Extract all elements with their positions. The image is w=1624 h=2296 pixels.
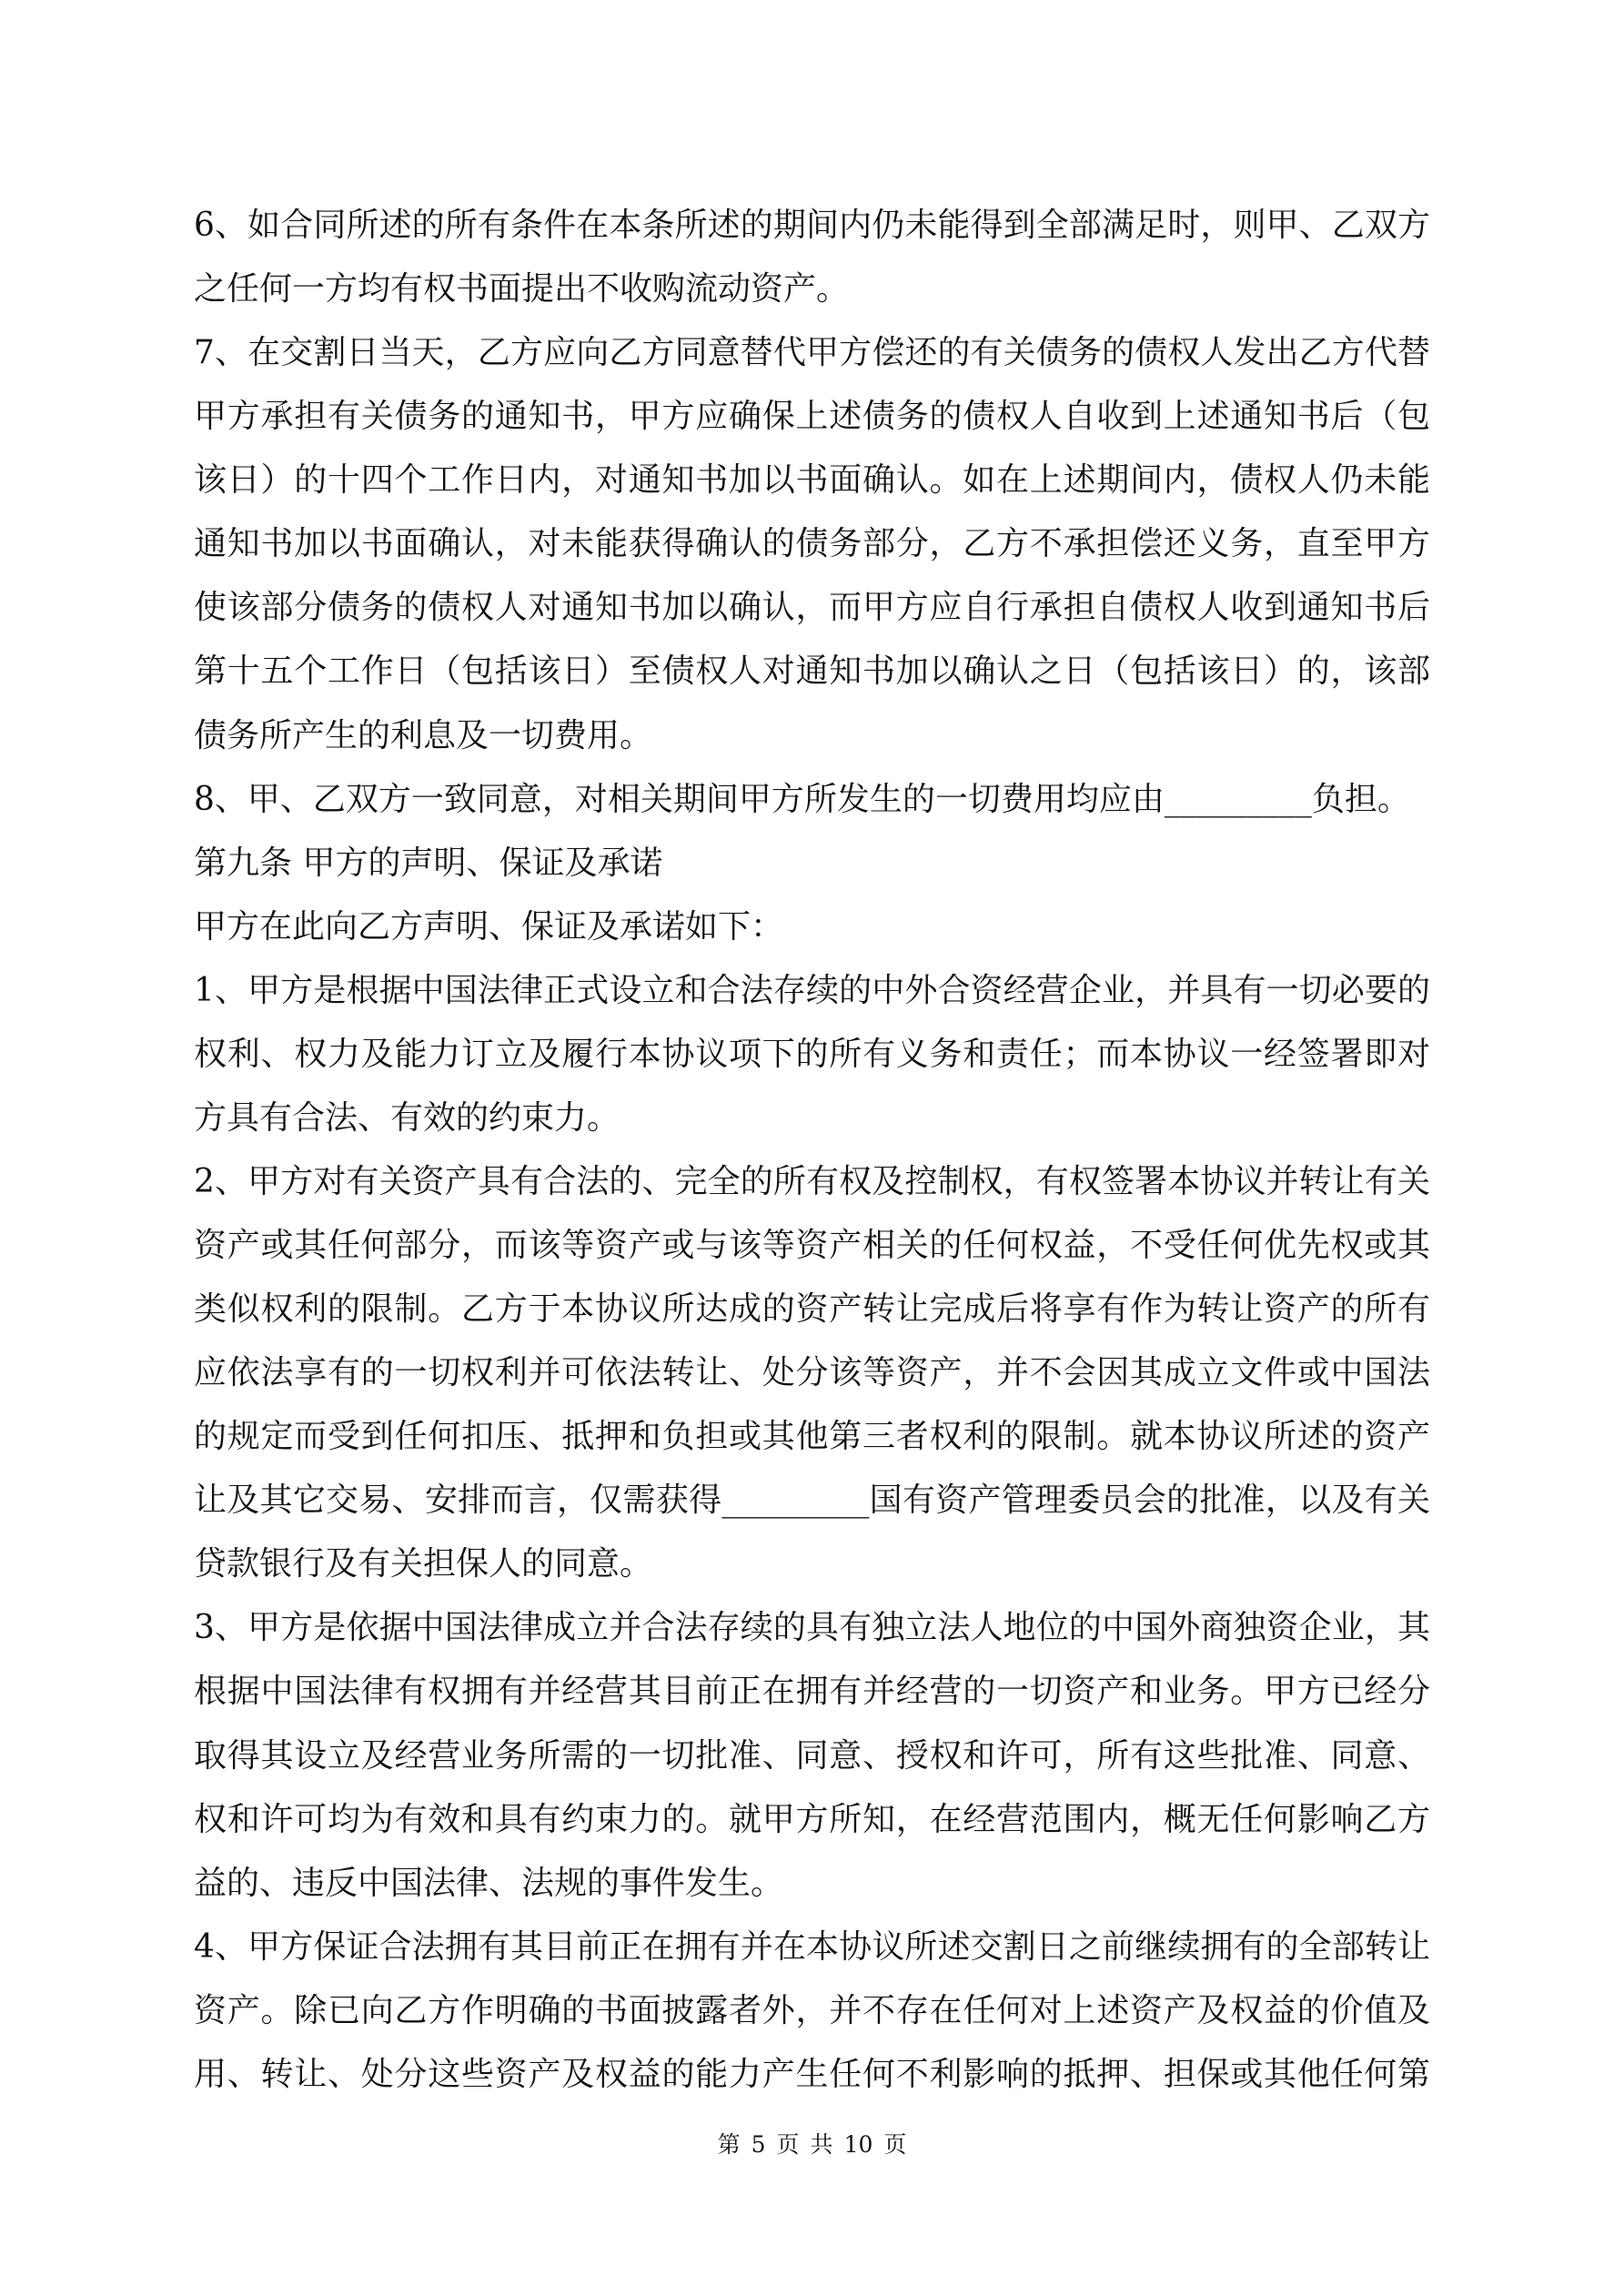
text-line: 第十五个工作日（包括该日）至债权人对通知书加以确认之日（包括该日）的，该部分	[194, 640, 1430, 703]
text-line: 1、甲方是根据中国法律正式设立和合法存续的中外合资经营企业，并具有一切必要的	[194, 959, 1430, 1023]
text-line: 债务所产生的利息及一切费用。	[194, 704, 1430, 768]
text-line: 应依法享有的一切权利并可依法转让、处分该等资产，并不会因其成立文件或中国法律	[194, 1341, 1430, 1405]
article-heading: 第九条 甲方的声明、保证及承诺	[194, 832, 1430, 895]
text-line: 通知书加以书面确认，对未能获得确认的债务部分，乙方不承担偿还义务，直至甲方促	[194, 512, 1430, 576]
clause-item-6: 6、如合同所述的所有条件在本条所述的期间内仍未能得到全部满足时，则甲、乙双方 之…	[194, 194, 1430, 321]
total-pages-number: 10	[844, 2130, 873, 2159]
text-line: 甲方承担有关债务的通知书，甲方应确保上述债务的债权人自收到上述通知书后（包括	[194, 385, 1430, 449]
text-line: 贷款银行及有关担保人的同意。	[194, 1532, 1430, 1596]
text-line: 益的、违反中国法律、法规的事件发生。	[194, 1852, 1430, 1916]
article-title: 第九条 甲方的声明、保证及承诺	[194, 832, 1430, 895]
page-prefix: 第	[718, 2130, 741, 2159]
clause-item-8: 8、甲、乙双方一致同意，对相关期间甲方所发生的一切费用均应由_________负…	[194, 768, 1430, 832]
text-line: 7、在交割日当天，乙方应向乙方同意替代甲方偿还的有关债务的债权人发出乙方代替	[194, 321, 1430, 385]
text-line: 2、甲方对有关资产具有合法的、完全的所有权及控制权，有权签署本协议并转让有关	[194, 1150, 1430, 1214]
text-line: 用、转让、处分这些资产及权益的能力产生任何不利影响的抵押、担保或其他任何第三	[194, 2043, 1430, 2107]
total-prefix: 共	[811, 2130, 833, 2159]
document-page: 6、如合同所述的所有条件在本条所述的期间内仍未能得到全部满足时，则甲、乙双方 之…	[0, 0, 1624, 2296]
text-line: 权利、权力及能力订立及履行本协议项下的所有义务和责任；而本协议一经签署即对甲	[194, 1023, 1430, 1087]
text-line: 取得其设立及经营业务所需的一切批准、同意、授权和许可，所有这些批准、同意、授	[194, 1725, 1430, 1788]
text-line: 4、甲方保证合法拥有其目前正在拥有并在本协议所述交割日之前继续拥有的全部转让	[194, 1916, 1430, 1979]
text-line: 甲方在此向乙方声明、保证及承诺如下：	[194, 895, 1430, 959]
current-page-number: 5	[751, 2130, 766, 2159]
text-line: 资产或其任何部分，而该等资产或与该等资产相关的任何权益，不受任何优先权或其他	[194, 1214, 1430, 1278]
clause-item-2: 2、甲方对有关资产具有合法的、完全的所有权及控制权，有权签署本协议并转让有关 资…	[194, 1150, 1430, 1596]
clause-item-3: 3、甲方是依据中国法律成立并合法存续的具有独立法人地位的中国外商独资企业，其 根…	[194, 1596, 1430, 1915]
text-line: 该日）的十四个工作日内，对通知书加以书面确认。如在上述期间内，债权人仍未能对	[194, 449, 1430, 512]
text-line: 类似权利的限制。乙方于本协议所达成的资产转让完成后将享有作为转让资产的所有者	[194, 1278, 1430, 1341]
total-suffix: 页	[883, 2130, 906, 2159]
clause-item-1: 1、甲方是根据中国法律正式设立和合法存续的中外合资经营企业，并具有一切必要的 权…	[194, 959, 1430, 1150]
clause-item-4: 4、甲方保证合法拥有其目前正在拥有并在本协议所述交割日之前继续拥有的全部转让 资…	[194, 1916, 1430, 2107]
text-line-with-blank: 让及其它交易、安排而言，仅需获得_________国有资产管理委员会的批准，以及…	[194, 1469, 1430, 1532]
page-suffix: 页	[777, 2130, 800, 2159]
text-line: 的规定而受到任何扣压、抵押和负担或其他第三者权利的限制。就本协议所述的资产转	[194, 1405, 1430, 1469]
document-body: 6、如合同所述的所有条件在本条所述的期间内仍未能得到全部满足时，则甲、乙双方 之…	[194, 194, 1430, 2107]
text-line: 6、如合同所述的所有条件在本条所述的期间内仍未能得到全部满足时，则甲、乙双方	[194, 194, 1430, 258]
text-line: 之任何一方均有权书面提出不收购流动资产。	[194, 258, 1430, 321]
clause-item-7: 7、在交割日当天，乙方应向乙方同意替代甲方偿还的有关债务的债权人发出乙方代替 甲…	[194, 321, 1430, 767]
text-line: 权和许可均为有效和具有约束力的。就甲方所知，在经营范围内，概无任何影响乙方利	[194, 1788, 1430, 1852]
text-line: 方具有合法、有效的约束力。	[194, 1087, 1430, 1150]
text-line: 3、甲方是依据中国法律成立并合法存续的具有独立法人地位的中国外商独资企业，其	[194, 1596, 1430, 1660]
text-line-with-blank: 8、甲、乙双方一致同意，对相关期间甲方所发生的一切费用均应由_________负…	[194, 768, 1430, 832]
text-line: 使该部分债务的债权人对通知书加以确认，而甲方应自行承担自债权人收到通知书后的	[194, 576, 1430, 640]
article-intro: 甲方在此向乙方声明、保证及承诺如下：	[194, 895, 1430, 959]
text-line: 资产。除已向乙方作明确的书面披露者外，并不存在任何对上述资产及权益的价值及运	[194, 1979, 1430, 2043]
page-footer: 第5页共10页	[0, 2130, 1624, 2159]
text-line: 根据中国法律有权拥有并经营其目前正在拥有并经营的一切资产和业务。甲方已经分别	[194, 1660, 1430, 1724]
